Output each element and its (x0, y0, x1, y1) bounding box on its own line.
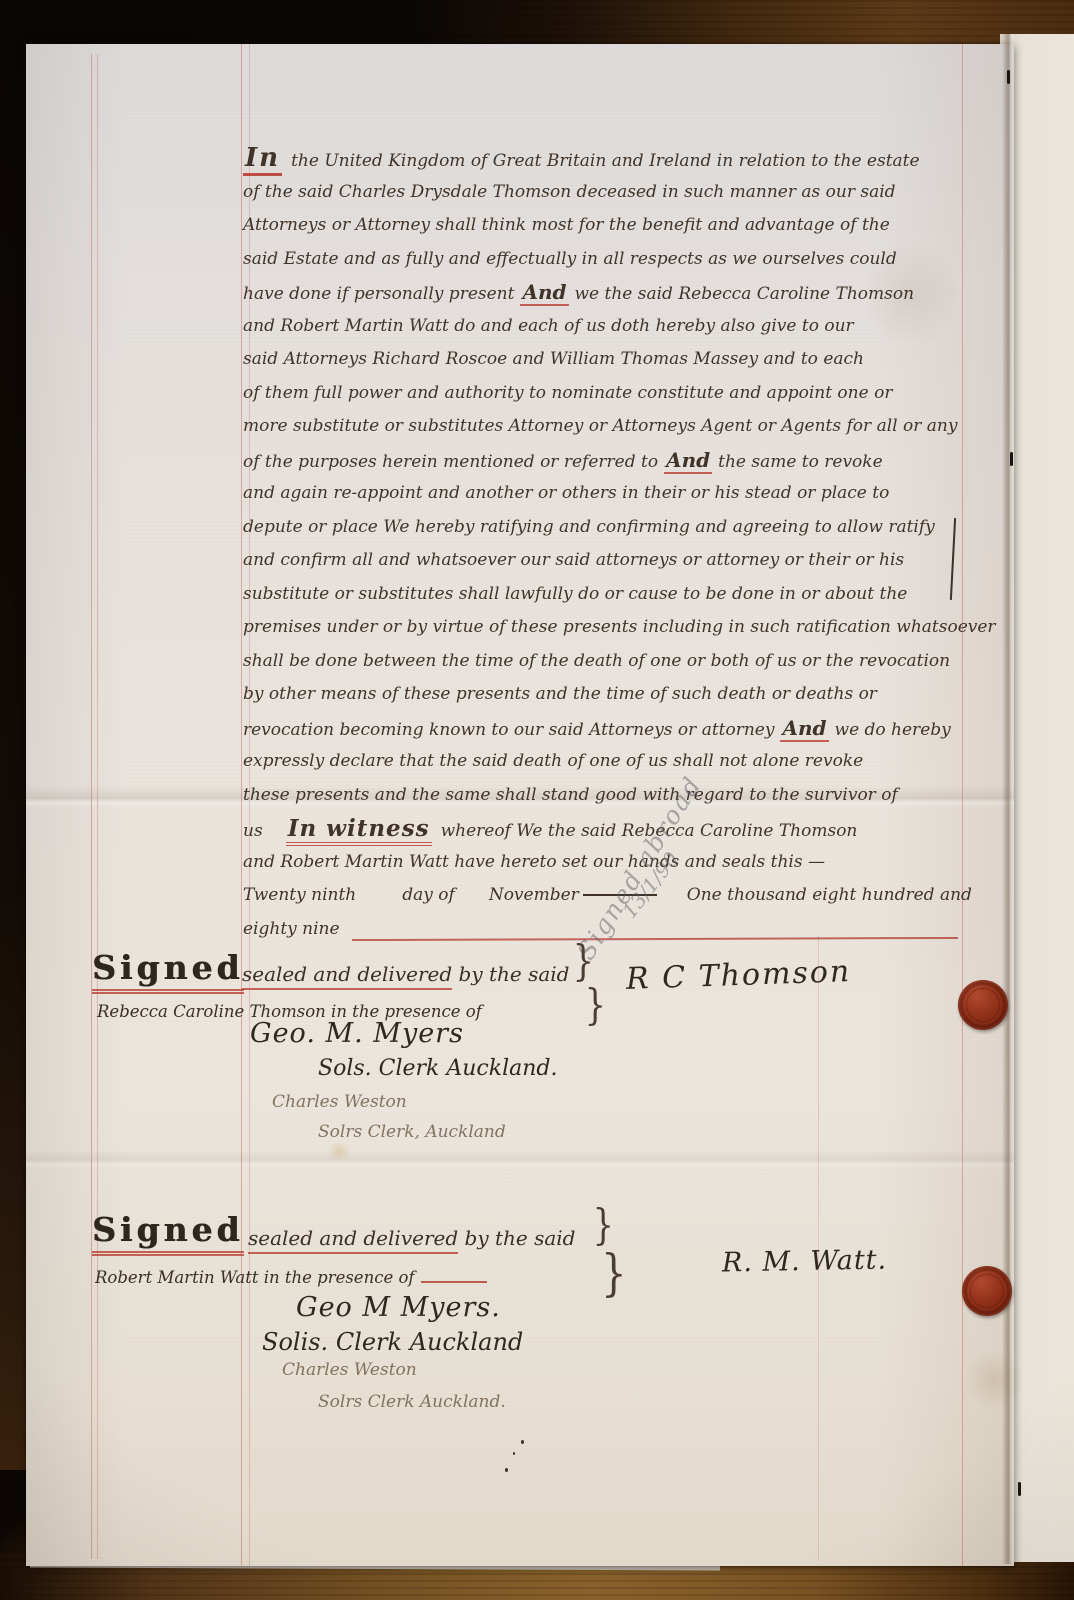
deed-line-22: and Robert Martin Watt have hereto set o… (243, 846, 965, 880)
witness-signature: Charles Weston (282, 1360, 417, 1380)
deed-line-2: of the said Charles Drysdale Thomson dec… (243, 176, 965, 210)
text-segment: of the purposes herein mentioned or refe… (243, 452, 658, 472)
keyword-and: And (520, 280, 568, 306)
ink-speck (505, 1468, 508, 1472)
clause-rest: by the said (452, 962, 569, 986)
text-segment: and Robert Martin Watt have hereto set o… (243, 852, 825, 872)
text-segment: of the said Charles Drysdale Thomson dec… (243, 182, 896, 202)
brace-glyph: } (585, 980, 606, 1029)
deed-line-19: expressly declare that the said death of… (243, 745, 965, 779)
keyword-and: And (664, 448, 712, 474)
text-segment: premises under or by virtue of these pre… (243, 617, 996, 637)
ink-speck (513, 1452, 515, 1455)
text-margin-rule (241, 44, 242, 1566)
deed-line-10: of the purposes herein mentioned or refe… (243, 444, 965, 478)
text-segment: said Estate and as fully and effectually… (243, 249, 897, 269)
binding-stitch (1007, 70, 1010, 84)
text-segment: have done if personally present (243, 284, 514, 304)
deed-line-7: said Attorneys Richard Roscoe and Willia… (243, 343, 965, 377)
deed-line-11: and again re-appoint and another or othe… (243, 477, 965, 511)
deed-line-21: usIn witnesswhereof We the said Rebecca … (243, 812, 965, 846)
witness-title: Solrs Clerk Auckland. (318, 1392, 506, 1412)
deed-line-1: Inthe United Kingdom of Great Britain an… (243, 142, 965, 176)
party-signature: R. M. Watt. (722, 1245, 888, 1279)
witness-title: Solis. Clerk Auckland (262, 1328, 523, 1356)
deed-photograph: Inthe United Kingdom of Great Britain an… (0, 0, 1074, 1600)
party-name-line: Robert Martin Watt in the presence of (95, 1266, 487, 1287)
party-text: Robert Martin Watt in the presence of (95, 1268, 415, 1287)
witness-signature: Geo. M. Myers (250, 1018, 464, 1049)
brace-glyph: } (601, 1244, 626, 1302)
text-segment: and again re-appoint and another or othe… (243, 483, 889, 503)
date-day: Twenty ninth (243, 885, 356, 905)
horizontal-fold-crease (26, 1150, 1014, 1168)
clause-rest: by the said (458, 1226, 575, 1250)
attestation-clause: sealed and delivered by the said (242, 962, 569, 986)
brace-glyph: } (573, 936, 594, 985)
text-segment: the United Kingdom of Great Britain and … (291, 151, 919, 171)
text-segment: day of (402, 885, 455, 905)
binding-stitch (1018, 1482, 1021, 1496)
page-fold-crease (1002, 34, 1016, 1564)
ruled-blank-line (421, 1266, 487, 1283)
text-segment: shall be done between the time of the de… (243, 651, 950, 671)
witness-title: Solrs Clerk, Auckland (318, 1122, 506, 1142)
deed-line-4: said Estate and as fully and effectually… (243, 243, 965, 277)
deed-line-18: revocation becoming known to our said At… (243, 712, 965, 746)
date-year-words: One thousand eight hundred and (687, 885, 972, 905)
text-segment: us (243, 821, 263, 841)
text-segment: the same to revoke (718, 452, 883, 472)
text-segment: by other means of these presents and the… (243, 684, 877, 704)
signed-word-gothic: Signed (92, 1210, 244, 1256)
clause-underlined: sealed and delivered (242, 962, 452, 990)
witness-signature: Geo M Myers. (296, 1292, 501, 1323)
ink-speck (521, 1440, 524, 1444)
text-segment: revocation becoming known to our said At… (243, 720, 774, 740)
deed-line-20: these presents and the same shall stand … (243, 779, 965, 813)
text-segment: more substitute or substitutes Attorney … (243, 416, 957, 436)
keyword-in-witness: In witness (286, 815, 432, 846)
text-segment: and Robert Martin Watt do and each of us… (243, 316, 854, 336)
keyword-and: And (780, 716, 828, 742)
text-segment: and confirm all and whatsoever our said … (243, 550, 904, 570)
deed-line-8: of them full power and authority to nomi… (243, 377, 965, 411)
deed-line-13: and confirm all and whatsoever our said … (243, 544, 965, 578)
text-segment: of them full power and authority to nomi… (243, 383, 892, 403)
clause-underlined: sealed and delivered (248, 1226, 458, 1254)
text-segment: Attorneys or Attorney shall think most f… (243, 215, 890, 235)
deed-line-3: Attorneys or Attorney shall think most f… (243, 209, 965, 243)
deed-body-text: Inthe United Kingdom of Great Britain an… (243, 142, 965, 946)
left-margin-rule (91, 54, 92, 1559)
deed-line-14: substitute or substitutes shall lawfully… (243, 578, 965, 612)
text-segment: depute or place We hereby ratifying and … (243, 517, 935, 537)
keyword-in: In (243, 143, 282, 176)
paper-stain (326, 1142, 352, 1160)
attestation-clause: sealed and delivered by the said (248, 1226, 575, 1250)
deed-line-12: depute or place We hereby ratifying and … (243, 511, 965, 545)
signed-word-gothic: Signed (92, 948, 244, 994)
deed-line-5: have done if personally presentAndwe the… (243, 276, 965, 310)
binding-stitch (1010, 452, 1013, 466)
deed-line-17: by other means of these presents and the… (243, 678, 965, 712)
deed-line-9: more substitute or substitutes Attorney … (243, 410, 965, 444)
deed-line-16: shall be done between the time of the de… (243, 645, 965, 679)
text-segment: these presents and the same shall stand … (243, 785, 898, 805)
date-month: November (489, 885, 579, 905)
left-margin-rule (97, 54, 98, 1559)
witness-signature: Charles Weston (272, 1092, 407, 1112)
text-segment: we the said Rebecca Caroline Thomson (575, 284, 915, 304)
text-segment: said Attorneys Richard Roscoe and Willia… (243, 349, 864, 369)
date-year-words: eighty nine (243, 919, 340, 939)
text-segment: expressly declare that the said death of… (243, 751, 863, 771)
deed-line-6: and Robert Martin Watt do and each of us… (243, 310, 965, 344)
deed-line-15: premises under or by virtue of these pre… (243, 611, 965, 645)
text-segment: substitute or substitutes shall lawfully… (243, 584, 907, 604)
witness-title: Sols. Clerk Auckland. (318, 1056, 557, 1081)
red-wax-seal (958, 980, 1008, 1030)
brace-glyph: } (593, 1200, 614, 1249)
red-wax-seal (962, 1266, 1012, 1316)
text-segment: we do hereby (835, 720, 951, 740)
